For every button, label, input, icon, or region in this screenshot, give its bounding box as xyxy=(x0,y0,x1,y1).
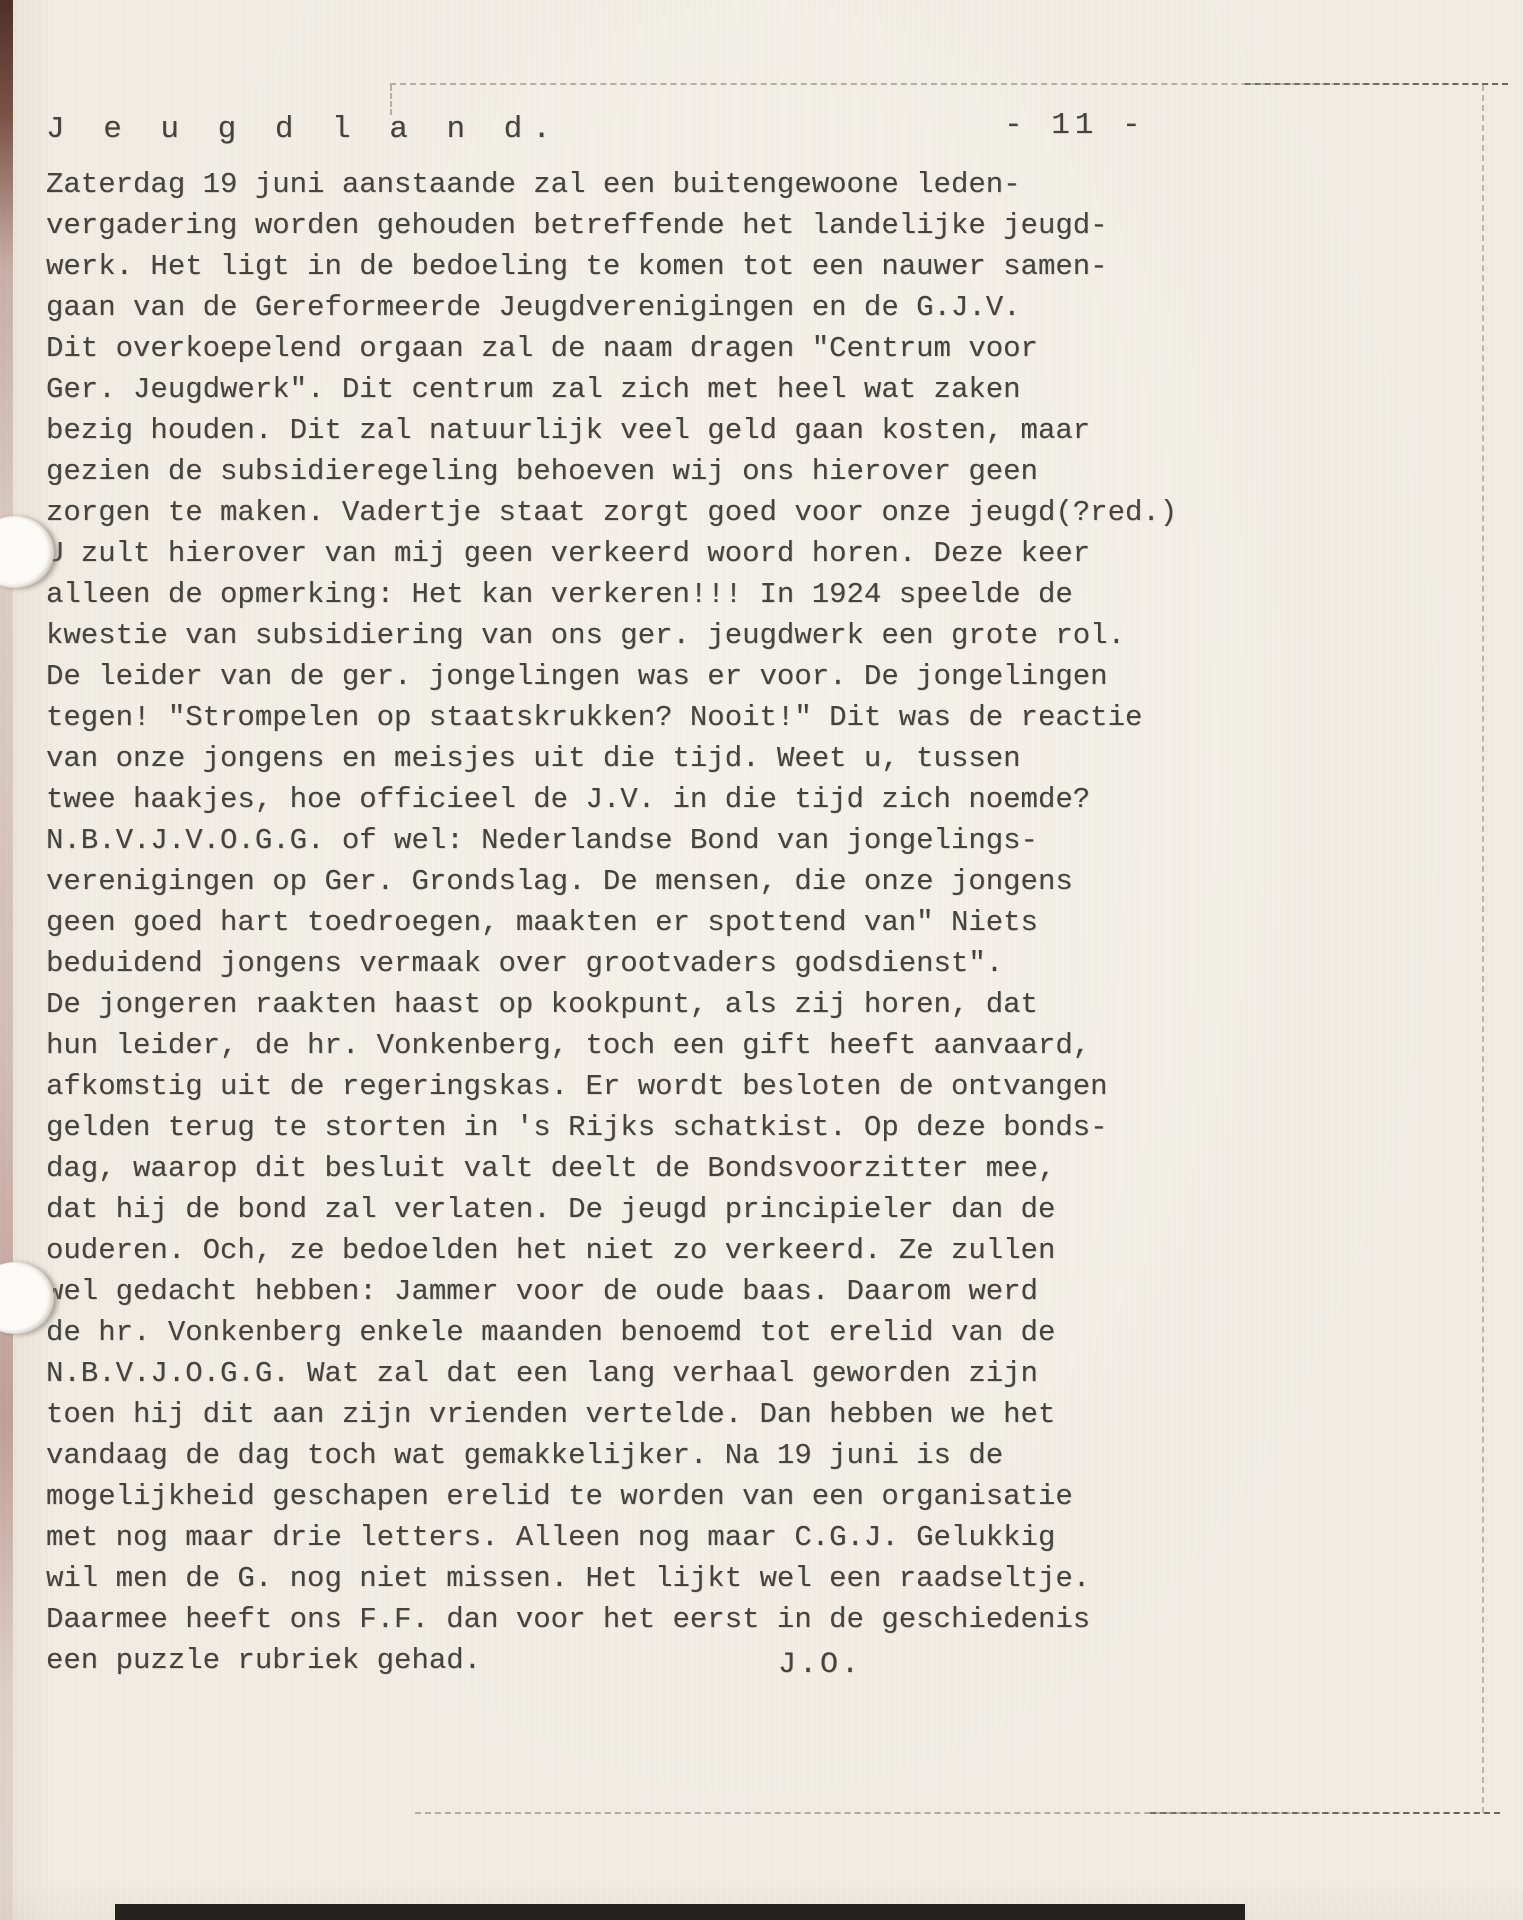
fold-line-right xyxy=(1482,85,1484,1813)
fold-line-tick xyxy=(390,85,392,115)
signature-initials: J.O. xyxy=(778,1648,862,1682)
fold-line-bottom-dark-segment xyxy=(1150,1812,1500,1814)
left-edge-shadow xyxy=(0,0,13,1920)
body-text: Zaterdag 19 juni aanstaande zal een buit… xyxy=(46,164,1177,1681)
scanner-edge-artifact xyxy=(115,1904,1245,1920)
page-number: - 11 - xyxy=(1004,108,1146,143)
fold-line-top-dark-segment xyxy=(1245,83,1508,85)
scanned-page: { "page": { "title": "J e u g d l a n d.… xyxy=(0,0,1523,1920)
page-title: J e u g d l a n d. xyxy=(46,112,561,147)
